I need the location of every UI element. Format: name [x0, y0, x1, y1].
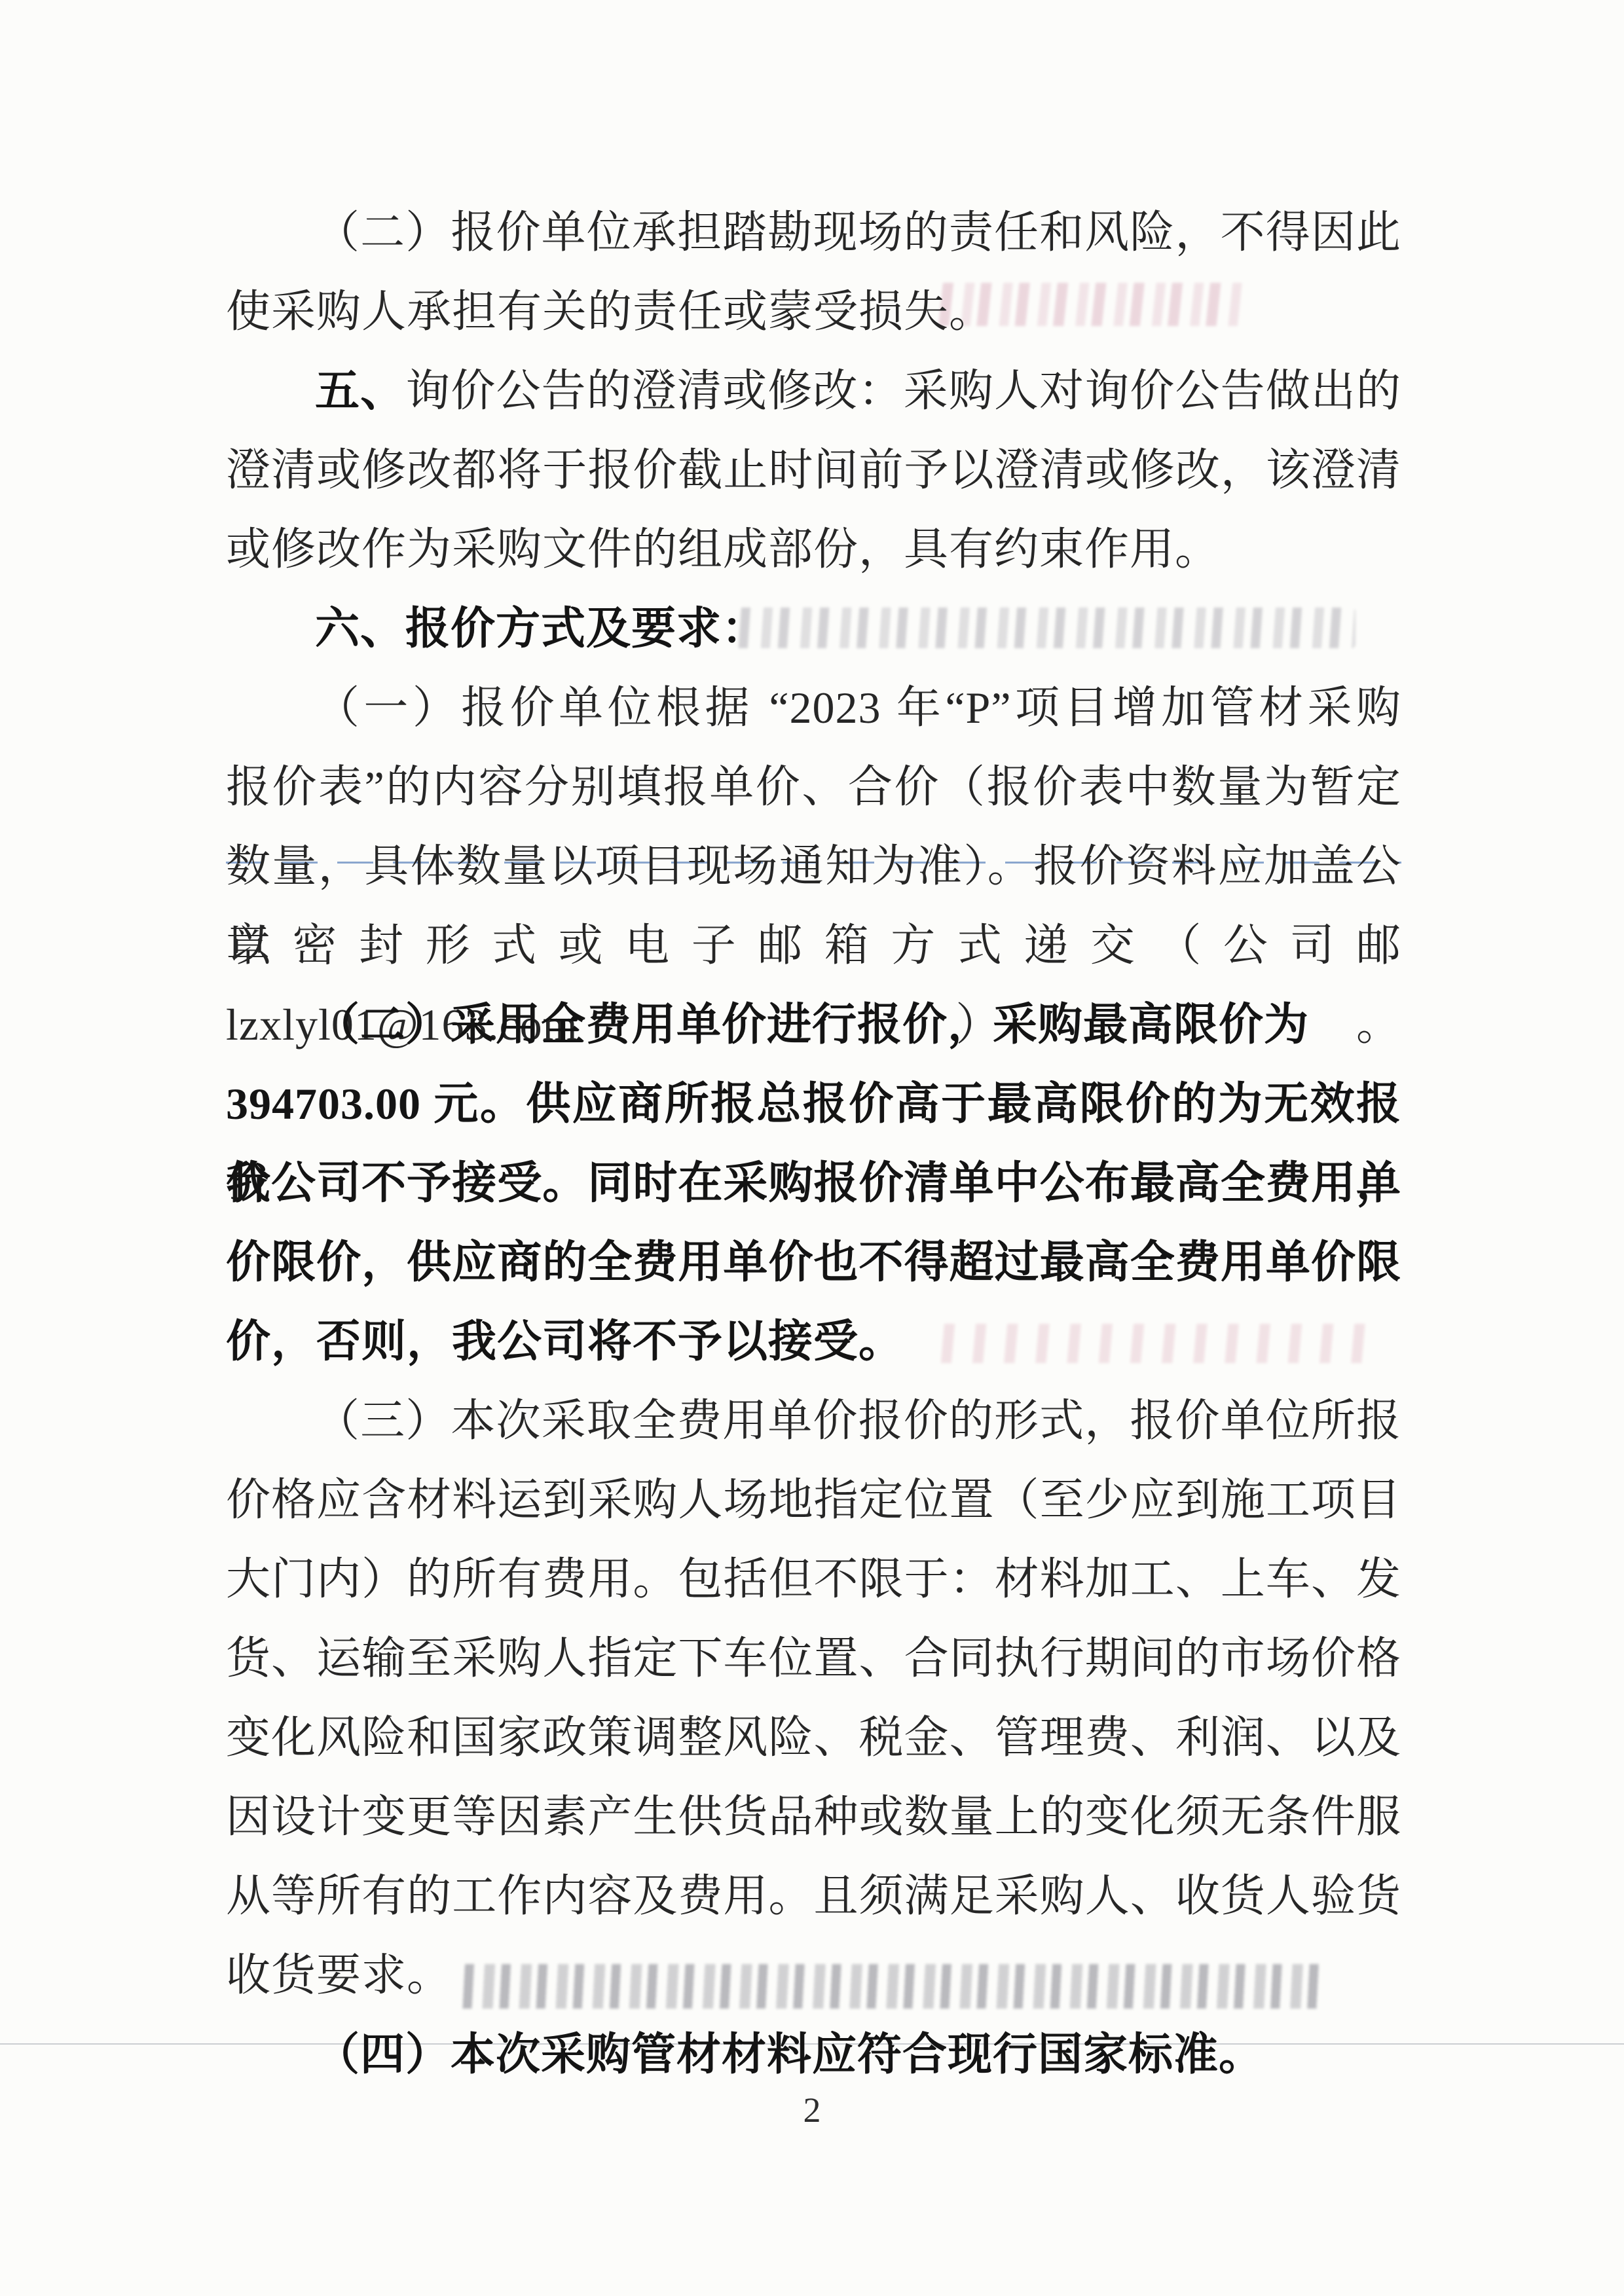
text-line-16: （三）本次采取全费用单价报价的形式，报价单位所报	[226, 1381, 1401, 1461]
text-line-23: 收货要求。	[226, 1936, 1401, 2015]
text-line-6: 六、报价方式及要求：	[226, 589, 1401, 668]
text-line-21: 因设计变更等因素产生供货品种或数量上的变化须无条件服	[226, 1777, 1401, 1857]
page-number: 2	[0, 2090, 1624, 2130]
text-line-3: 五、询价公告的澄清或修改：采购人对询价公告做出的	[226, 352, 1401, 431]
text-line-5: 或修改作为采购文件的组成部份，具有约束作用。	[226, 510, 1401, 589]
text-line-24: （四）本次采购管材材料应符合现行国家标准。	[226, 2015, 1401, 2094]
document-page: （二）报价单位承担踏勘现场的责任和风险，不得因此使采购人承担有关的责任或蒙受损失…	[0, 0, 1624, 2296]
text-line-15: 价，否则，我公司将不予以接受。	[226, 1302, 1401, 1381]
text-line-11: （二）采用全费用单价进行报价，采购最高限价为	[226, 985, 1401, 1065]
text-line-14: 价限价，供应商的全费用单价也不得超过最高全费用单价限	[226, 1223, 1401, 1302]
text-line-18: 大门内）的所有费用。包括但不限于：材料加工、上车、发	[226, 1540, 1401, 1619]
text-line-1: （二）报价单位承担踏勘现场的责任和风险，不得因此	[226, 193, 1401, 272]
text-line-20: 变化风险和国家政策调整风险、税金、管理费、利润、以及	[226, 1698, 1401, 1777]
text-line-19: 货、运输至采购人指定下车位置、合同执行期间的市场价格	[226, 1619, 1401, 1698]
text-line-3-heading-prefix: 五、	[315, 366, 405, 416]
text-line-4: 澄清或修改都将于报价截止时间前予以澄清或修改，该澄清	[226, 431, 1401, 510]
text-line-22: 从等所有的工作内容及费用。且须满足采购人、收货人验货	[226, 1857, 1401, 1936]
document-body: （二）报价单位承担踏勘现场的责任和风险，不得因此使采购人承担有关的责任或蒙受损失…	[226, 193, 1401, 2094]
text-line-2: 使采购人承担有关的责任或蒙受损失。	[226, 272, 1401, 352]
text-line-9: 数量，具体数量以项目现场通知为准）。报价资料应加盖公章	[226, 827, 1401, 906]
text-line-7: （一）报价单位根据 “2023 年“P”项目增加管材采购	[226, 668, 1401, 748]
text-line-10: 以密封形式或电子邮箱方式递交（公司邮 lzxlyl01@163.com）。	[226, 906, 1401, 985]
text-line-13: 我公司不予接受。同时在采购报价清单中公布最高全费用单	[226, 1144, 1401, 1223]
text-line-12: 394703.00 元。供应商所报总报价高于最高限价的为无效报价，	[226, 1065, 1401, 1144]
text-line-17: 价格应含材料运到采购人场地指定位置（至少应到施工项目	[226, 1461, 1401, 1540]
text-line-3-text: 询价公告的澄清或修改：采购人对询价公告做出的	[405, 366, 1401, 416]
text-line-8: 报价表”的内容分别填报单价、合价（报价表中数量为暂定	[226, 748, 1401, 827]
